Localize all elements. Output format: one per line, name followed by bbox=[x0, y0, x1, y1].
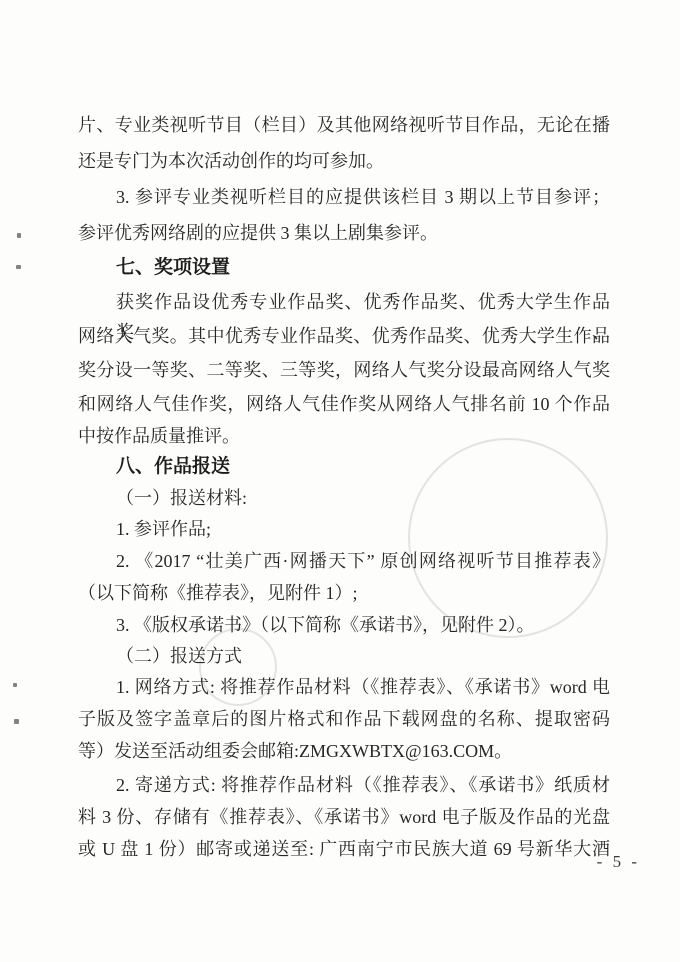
scan-artifact bbox=[17, 233, 21, 238]
page-number: - 5 - bbox=[597, 852, 640, 872]
text-line: 获奖作品设优秀专业作品奖、优秀作品奖、优秀大学生作品奖、 bbox=[78, 287, 610, 317]
text-line: 1. 参评作品; bbox=[78, 514, 610, 544]
text-line: 2. 寄递方式: 将推荐作品材料（《推荐表》、《承诺书》纸质材 bbox=[78, 770, 610, 800]
text-line: 或 U 盘 1 份）邮寄或递送至: 广西南宁市民族大道 69 号新华大酒 bbox=[78, 834, 610, 864]
text-line: 3. 参评专业类视听栏目的应提供该栏目 3 期以上节目参评； bbox=[78, 182, 610, 212]
text-line: （二）报送方式 bbox=[78, 641, 610, 671]
text-line: 2. 《2017 “壮美广西·网播天下” 原创网络视听节目推荐表》 bbox=[78, 546, 610, 576]
text-line: 奖分设一等奖、二等奖、三等奖，网络人气奖分设最高网络人气奖 bbox=[78, 355, 610, 385]
text-line: 3. 《版权承诺书》（以下简称《承诺书》，见附件 2）。 bbox=[78, 610, 610, 640]
text-line: 中按作品质量推评。 bbox=[78, 421, 610, 451]
text-line: 子版及签字盖章后的图片格式和作品下载网盘的名称、提取密码 bbox=[78, 704, 610, 734]
text-line: 料 3 份、存储有《推荐表》、《承诺书》word 电子版及作品的光盘 bbox=[78, 802, 610, 832]
text-line: 还是专门为本次活动创作的均可参加。 bbox=[78, 146, 610, 176]
text-line: 网络人气奖。其中优秀专业作品奖、优秀作品奖、优秀大学生作品 bbox=[78, 321, 610, 351]
text-line: （一）报送材料: bbox=[78, 483, 610, 513]
document-page: 片、专业类视听节目（栏目）及其他网络视听节目作品，无论在播 还是专门为本次活动创… bbox=[0, 0, 680, 962]
text-line: 等）发送至活动组委会邮箱:ZMGXWBTX@163.COM。 bbox=[78, 736, 610, 766]
scan-artifact bbox=[16, 265, 21, 269]
text-line: 片、专业类视听节目（栏目）及其他网络视听节目作品，无论在播 bbox=[78, 110, 610, 140]
scan-artifact bbox=[13, 683, 17, 687]
scan-artifact bbox=[14, 719, 19, 724]
text-line: 1. 网络方式: 将推荐作品材料（《推荐表》、《承诺书》word 电 bbox=[78, 672, 610, 702]
text-line: 参评优秀网络剧的应提供 3 集以上剧集参评。 bbox=[78, 218, 610, 248]
text-line: 和网络人气佳作奖，网络人气佳作奖从网络人气排名前 10 个作品 bbox=[78, 389, 610, 419]
section-heading-submission: 八、作品报送 bbox=[78, 451, 610, 481]
text-line: （以下简称《推荐表》，见附件 1）; bbox=[78, 578, 610, 608]
section-heading-awards: 七、奖项设置 bbox=[78, 252, 610, 282]
